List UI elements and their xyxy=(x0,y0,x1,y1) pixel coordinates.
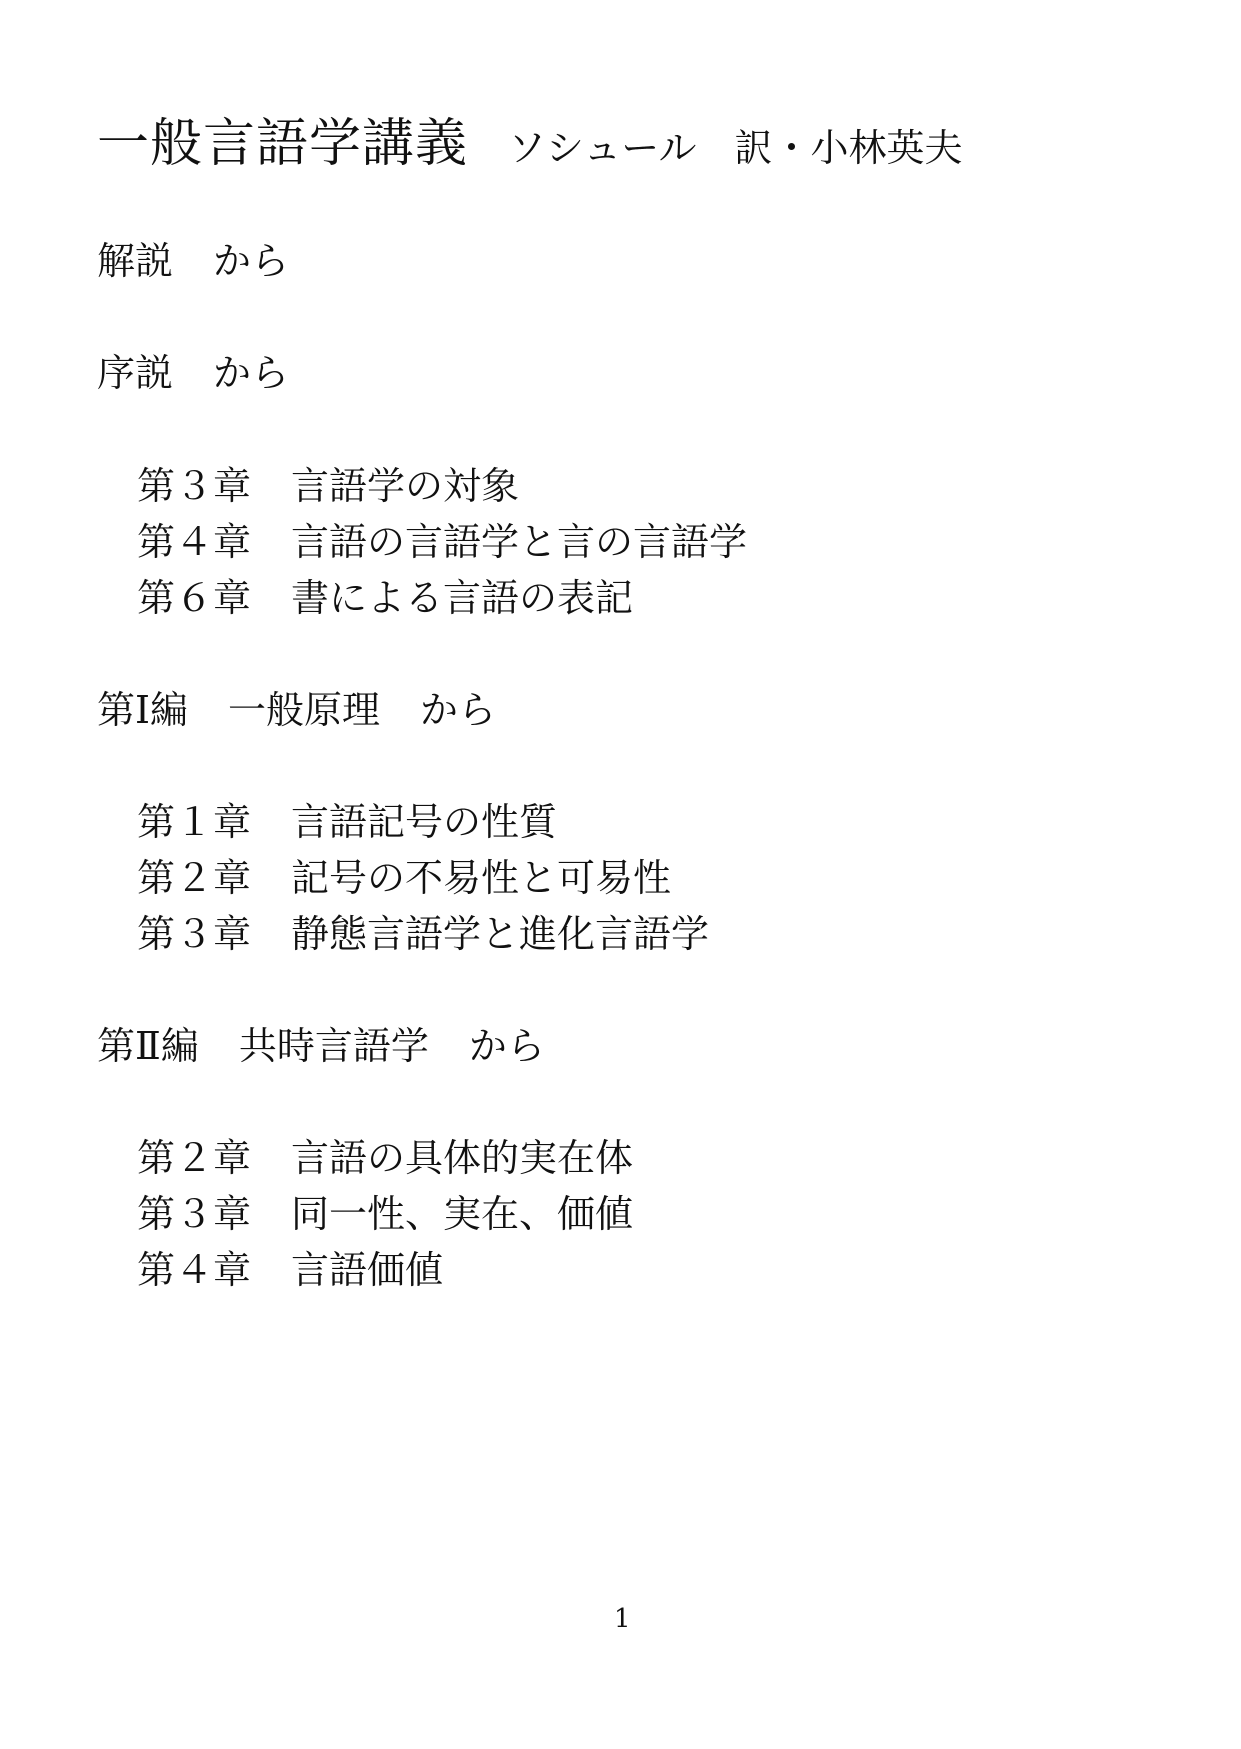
chapter-title: 言語記号の性質 xyxy=(291,800,557,844)
section-label: 解説 xyxy=(97,239,173,283)
section-suffix: から xyxy=(213,351,289,395)
chapter-entry: 第６章書による言語の表記 xyxy=(137,579,633,617)
author-name: ソシュール xyxy=(508,126,696,170)
section-name: 一般原理 xyxy=(228,688,380,732)
section-heading: 第Ⅰ編一般原理から xyxy=(97,691,496,729)
chapter-title: 言語の具体的実在体 xyxy=(291,1136,633,1180)
section-label: 第Ⅰ編 xyxy=(97,688,188,732)
chapter-number: 第２章 xyxy=(137,1136,251,1180)
chapter-title: 同一性、実在、価値 xyxy=(291,1192,633,1236)
translator-credit: 訳・小林英夫 xyxy=(735,126,963,170)
chapter-entry: 第３章同一性、実在、価値 xyxy=(137,1195,633,1233)
chapter-entry: 第４章言語価値 xyxy=(137,1251,443,1289)
chapter-title: 書による言語の表記 xyxy=(291,576,633,620)
page-number: 1 xyxy=(614,1604,631,1634)
chapter-entry: 第３章静態言語学と進化言語学 xyxy=(137,915,709,953)
chapter-entry: 第４章言語の言語学と言の言語学 xyxy=(137,523,747,561)
section-suffix: から xyxy=(213,239,289,283)
section-suffix: から xyxy=(469,1024,545,1068)
chapter-number: 第３章 xyxy=(137,464,251,508)
chapter-title: 言語の言語学と言の言語学 xyxy=(291,520,747,564)
chapter-entry: 第１章言語記号の性質 xyxy=(137,803,557,841)
chapter-number: 第４章 xyxy=(137,520,251,564)
section-heading: 解説から xyxy=(97,242,289,280)
chapter-number: 第４章 xyxy=(137,1248,251,1292)
title-line: 一般言語学講義ソシュール訳・小林英夫 xyxy=(97,118,963,170)
chapter-title: 言語価値 xyxy=(291,1248,443,1292)
chapter-number: 第６章 xyxy=(137,576,251,620)
chapter-number: 第３章 xyxy=(137,1192,251,1236)
section-name: 共時言語学 xyxy=(239,1024,429,1068)
section-heading: 序説から xyxy=(97,354,289,392)
section-suffix: から xyxy=(420,688,496,732)
chapter-entry: 第２章言語の具体的実在体 xyxy=(137,1139,633,1177)
chapter-entry: 第３章言語学の対象 xyxy=(137,467,519,505)
section-label: 第Ⅱ編 xyxy=(97,1024,199,1068)
chapter-number: 第１章 xyxy=(137,800,251,844)
chapter-number: 第３章 xyxy=(137,912,251,956)
chapter-title: 静態言語学と進化言語学 xyxy=(291,912,709,956)
section-label: 序説 xyxy=(97,351,173,395)
chapter-entry: 第２章記号の不易性と可易性 xyxy=(137,859,671,897)
document-page: 一般言語学講義ソシュール訳・小林英夫 解説から 序説から 第３章言語学の対象 第… xyxy=(0,0,1241,1749)
section-heading: 第Ⅱ編共時言語学から xyxy=(97,1027,545,1065)
document-title: 一般言語学講義 xyxy=(97,114,468,174)
chapter-title: 記号の不易性と可易性 xyxy=(291,856,671,900)
chapter-title: 言語学の対象 xyxy=(291,464,519,508)
chapter-number: 第２章 xyxy=(137,856,251,900)
